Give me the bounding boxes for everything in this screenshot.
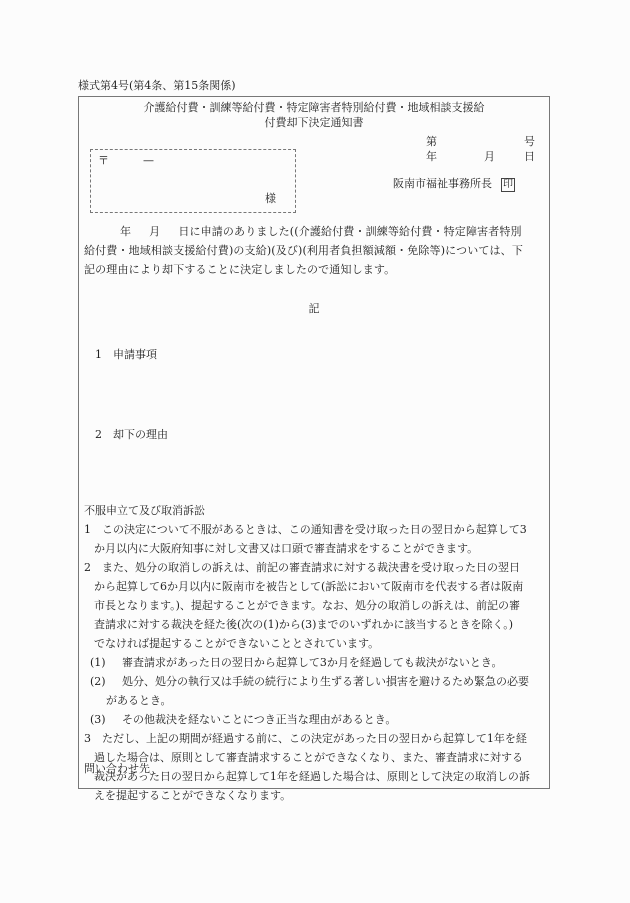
- appeal-section: 不服申立て及び取消訴訟 1この決定について不服があるときは、この通知書を受け取っ…: [84, 501, 548, 805]
- date-day: 日: [524, 150, 535, 164]
- appeal-p2-line2: から起算して6か月以内に阪南市を被告として(訴訟において阪南市を代表する者は阪南: [84, 577, 548, 596]
- form-number-label: 様式第4号(第4条、第15条関係): [78, 79, 236, 93]
- appeal-sub2-line2: があるとき。: [84, 691, 548, 710]
- appeal-p3-line3: 裁決があった日の翌日から起算して1年を経過した場合は、原則として決定の取消しの訴: [84, 767, 548, 786]
- appeal-p2-line5: でなければ提起することができないこととされています。: [84, 634, 548, 653]
- item-application-matter: 1申請事項: [95, 348, 157, 362]
- appeal-sub1: (1)審査請求があった日の翌日から起算して3か月を経過しても裁決がないとき。: [84, 653, 548, 672]
- appeal-p1-line2: か月以内に大阪府知事に対し文書又は口頭で審査請求をすることができます。: [84, 539, 548, 558]
- seal-stamp-icon: 印: [501, 178, 515, 192]
- ki-heading: 記: [79, 302, 549, 316]
- appeal-p3-line2: 過した場合は、原則として審査請求することができなくなり、また、審査請求に対する: [84, 748, 548, 767]
- document-number-prefix: 第: [426, 135, 437, 149]
- notice-body-line1: 年月日に申請のありました((介護給付費・訓練等給付費・特定障害者特別: [84, 222, 546, 241]
- item-rejection-reason: 2却下の理由: [95, 428, 168, 442]
- document-number-suffix: 号: [524, 135, 535, 149]
- postal-code-dash: —: [143, 154, 154, 168]
- issuer: 阪南市福祉事務所長印: [393, 177, 515, 192]
- notice-body-line2: 給付費・地域相談支援給付費)の支給)(及び)(利用者負担額減額・免除等)について…: [84, 241, 546, 260]
- notice-body: 年月日に申請のありました((介護給付費・訓練等給付費・特定障害者特別 給付費・地…: [84, 222, 546, 279]
- date-year: 年: [426, 150, 437, 164]
- document-title-line2: 付費却下決定通知書: [79, 115, 549, 130]
- recipient-address-box[interactable]: 〒 — 様: [90, 149, 296, 213]
- notice-body-line3: 記の理由により却下することに決定しましたので通知します。: [84, 260, 546, 279]
- appeal-heading: 不服申立て及び取消訴訟: [84, 501, 548, 520]
- appeal-sub3: (3)その他裁決を経ないことにつき正当な理由があるとき。: [84, 710, 548, 729]
- appeal-p1-line1: 1この決定について不服があるときは、この通知書を受け取った日の翌日から起算して3: [84, 520, 548, 539]
- date-month: 月: [484, 150, 495, 164]
- issuer-name: 阪南市福祉事務所長: [393, 177, 492, 190]
- appeal-p3-line1: 3ただし、上記の期間が経過する前に、この決定があった日の翌日から起算して1年を経: [84, 729, 548, 748]
- appeal-sub2-line1: (2)処分、処分の執行又は手続の続行により生ずる著しい損害を避けるため緊急の必要: [84, 672, 548, 691]
- recipient-honorific: 様: [265, 192, 276, 206]
- notice-frame: 介護給付費・訓練等給付費・特定障害者特別給付費・地域相談支援給 付費却下決定通知…: [78, 96, 550, 789]
- appeal-p3-line4: えを提起することができなくなります。: [84, 786, 548, 805]
- inquiry-label: 問い合わせ先: [84, 762, 150, 776]
- appeal-p2-line3: 市長となります。)、提起することができます。なお、処分の取消しの訴えは、前記の審: [84, 596, 548, 615]
- appeal-p2-line4: 査請求に対する裁決を経た後(次の(1)から(3)までのいずれかに該当するときを除…: [84, 615, 548, 634]
- postal-mark-icon: 〒: [98, 154, 109, 168]
- document-title-line1: 介護給付費・訓練等給付費・特定障害者特別給付費・地域相談支援給: [79, 100, 549, 115]
- document-number-row: 第 号: [79, 135, 549, 149]
- appeal-p2-line1: 2また、処分の取消しの訴えは、前記の審査請求に対する裁決書を受け取った日の翌日: [84, 558, 548, 577]
